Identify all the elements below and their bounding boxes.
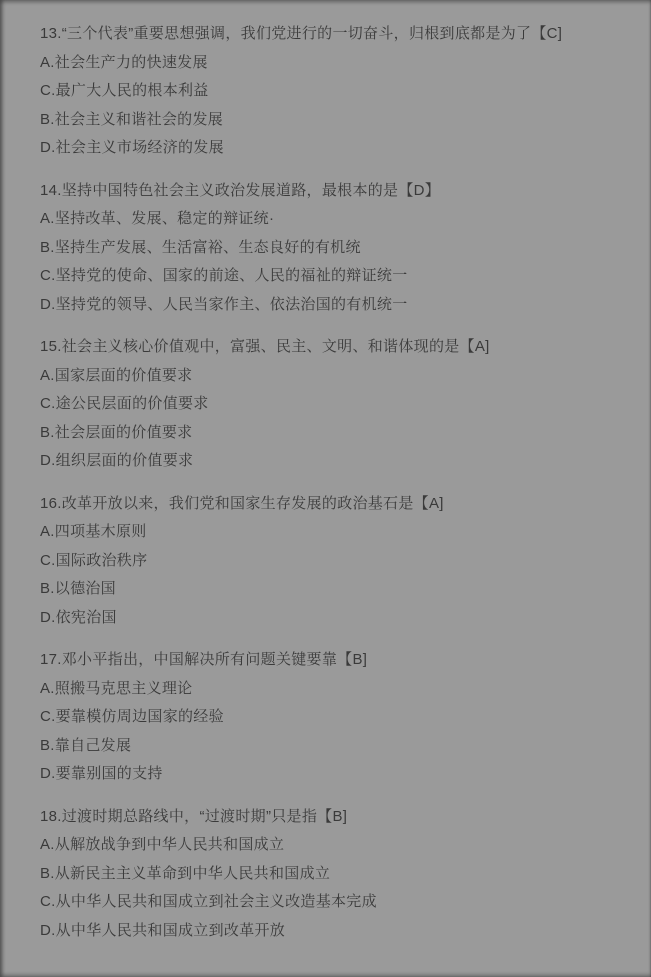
option-line: C.坚持党的使命、国家的前途、人民的福祉的辩证统一 xyxy=(40,262,615,291)
question-title: 18.过渡时期总路线中，“过渡时期”只是指【B] xyxy=(40,803,615,832)
question-18: 18.过渡时期总路线中，“过渡时期”只是指【B] A.从解放战争到中华人民共和国… xyxy=(40,803,615,946)
option-line: C.从中华人民共和国成立到社会主义改造基本完成 xyxy=(40,888,615,917)
option-line: A.从解放战争到中华人民共和国成立 xyxy=(40,831,615,860)
option-line: A.坚持改革、发展、稳定的辩证统· xyxy=(40,205,615,234)
question-15: 15.社会主义核心价值观中，富强、民主、文明、和谐体现的是【A] A.国家层面的… xyxy=(40,333,615,476)
option-line: D.组织层面的价值要求 xyxy=(40,447,615,476)
option-line: B.坚持生产发展、生活富裕、生态良好的有机统 xyxy=(40,234,615,263)
question-title: 13.“三个代表”重要思想强调，我们党进行的一切奋斗，归根到底都是为了【C] xyxy=(40,20,615,49)
option-line: D.社会主义市场经济的发展 xyxy=(40,134,615,163)
option-line: A.四项基木原则 xyxy=(40,518,615,547)
document-page: 13.“三个代表”重要思想强调，我们党进行的一切奋斗，归根到底都是为了【C] A… xyxy=(0,0,651,977)
option-line: B.靠自己发展 xyxy=(40,732,615,761)
option-line: C.最广大人民的根本利益 xyxy=(40,77,615,106)
option-line: B.从新民主主义革命到中华人民共和国成立 xyxy=(40,860,615,889)
question-title: 14.坚持中国特色社会主义政治发展道路，最根本的是【D】 xyxy=(40,177,615,206)
option-line: C.途公民层面的价值要求 xyxy=(40,390,615,419)
question-17: 17.邓小平指出，中国解决所有问题关键要靠【B] A.照搬马克思主义理论 C.要… xyxy=(40,646,615,789)
option-line: B.社会主义和谐社会的发展 xyxy=(40,106,615,135)
option-line: D.坚持党的领导、人民当家作主、依法治国的有机统一 xyxy=(40,291,615,320)
question-title: 17.邓小平指出，中国解决所有问题关键要靠【B] xyxy=(40,646,615,675)
option-line: A.照搬马克思主义理论 xyxy=(40,675,615,704)
question-14: 14.坚持中国特色社会主义政治发展道路，最根本的是【D】 A.坚持改革、发展、稳… xyxy=(40,177,615,320)
question-13: 13.“三个代表”重要思想强调，我们党进行的一切奋斗，归根到底都是为了【C] A… xyxy=(40,20,615,163)
question-title: 16.改革开放以来，我们党和国家生存发展的政治基石是【A] xyxy=(40,490,615,519)
option-line: A.社会生产力的快速发展 xyxy=(40,49,615,78)
option-line: D.依宪治国 xyxy=(40,604,615,633)
option-line: A.国家层面的价值要求 xyxy=(40,362,615,391)
option-line: D.要靠别国的支持 xyxy=(40,760,615,789)
question-16: 16.改革开放以来，我们党和国家生存发展的政治基石是【A] A.四项基木原则 C… xyxy=(40,490,615,633)
option-line: C.国际政治秩序 xyxy=(40,547,615,576)
option-line: B.以德治国 xyxy=(40,575,615,604)
option-line: D.从中华人民共和国成立到改革开放 xyxy=(40,917,615,946)
option-line: B.社会层面的价值要求 xyxy=(40,419,615,448)
option-line: C.要靠模仿周边国家的经验 xyxy=(40,703,615,732)
question-title: 15.社会主义核心价值观中，富强、民主、文明、和谐体现的是【A] xyxy=(40,333,615,362)
